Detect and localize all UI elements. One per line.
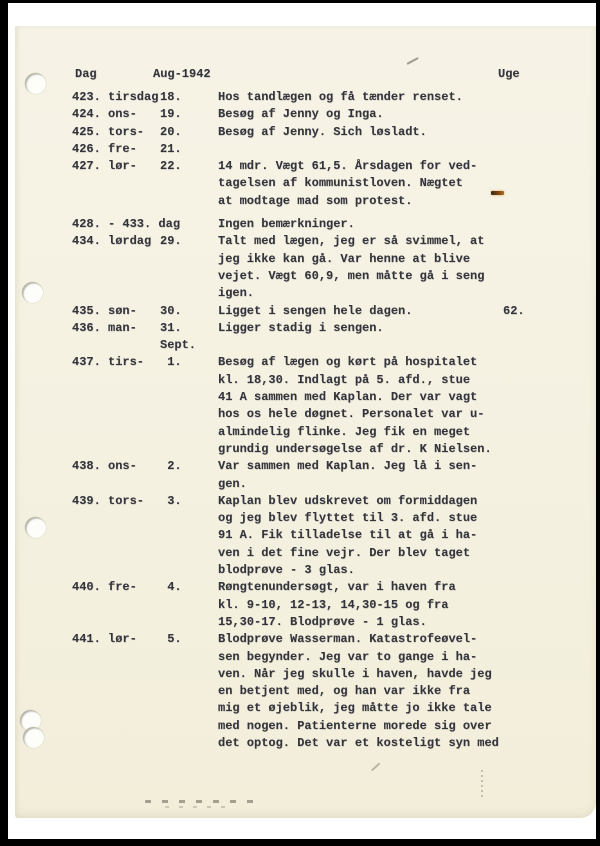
header-month-label: Aug-1942 — [153, 66, 211, 83]
entry-number-day: 437. tirs- — [72, 354, 160, 371]
entry-date: 21. — [160, 141, 218, 158]
smudge-mark — [165, 806, 233, 808]
scanned-diary-page: Dag Aug-1942 Uge 423. tirsdag 18. Hos ta… — [0, 0, 600, 846]
entry-number-day: 425. tors- — [72, 124, 160, 141]
entry-number-day: 436. man- — [72, 320, 160, 337]
entry-text: Ingen bemærkninger. — [218, 216, 503, 233]
entry-text: Besøg af lægen og kørt på hospitalet kl.… — [218, 354, 503, 458]
diary-entry: 436. man- 31. Ligger stadig i sengen. — [72, 320, 592, 337]
entry-text: Var sammen med Kaplan. Jeg lå i sen- gen… — [218, 458, 503, 493]
diary-entry: 434. lørdag 29. Talt med lægen, jeg er s… — [72, 233, 592, 302]
entry-date: 2. — [160, 458, 218, 475]
entry-week-number: 62. — [503, 303, 525, 320]
entry-date: 29. — [160, 233, 218, 250]
punch-hole — [22, 282, 43, 303]
table-header: Dag Aug-1942 Uge — [72, 66, 592, 83]
entry-month-label: Sept. — [160, 337, 218, 354]
entry-number-day: 426. fre- — [72, 141, 160, 158]
entry-text: Besøg af Jenny. Sich løsladt. — [218, 124, 503, 141]
entry-number-day: 440. fre- — [72, 579, 160, 596]
diary-entry: 437. tirs- 1. Besøg af lægen og kørt på … — [72, 354, 592, 458]
entry-date: 20. — [160, 124, 218, 141]
pencil-tick-mark — [371, 763, 380, 771]
diary-entry: 435. søn- 30. Ligget i sengen hele dagen… — [72, 303, 592, 320]
entry-text: Røngtenundersøgt, var i haven fra kl. 9-… — [218, 579, 503, 631]
smudge-mark — [145, 800, 257, 803]
entry-text: 14 mdr. Vægt 61,5. Årsdagen for ved- tag… — [218, 158, 503, 210]
entry-text: Ligget i sengen hele dagen. — [218, 303, 503, 320]
entry-text: Blodprøve Wasserman. Katastrofeøvel- sen… — [218, 631, 503, 752]
entry-date: 30. — [160, 303, 218, 320]
header-day-column-label: Dag — [75, 66, 97, 83]
diary-entry: 428. - 433. dag Ingen bemærkninger. — [72, 216, 592, 233]
diary-entry: 439. tors- 3. Kaplan blev udskrevet om f… — [72, 493, 592, 579]
diary-entry-month-divider: Sept. — [72, 337, 592, 354]
entry-number-day: 438. ons- — [72, 458, 160, 475]
punch-hole — [25, 73, 46, 94]
entry-text: Kaplan blev udskrevet om formiddagen og … — [218, 493, 503, 579]
diary-entry: 426. fre- 21. — [72, 141, 592, 158]
entry-date: 22. — [160, 158, 218, 175]
entry-number-day: 427. lør- — [72, 158, 160, 175]
entry-date: 4. — [160, 579, 218, 596]
entry-text: Besøg af Jenny og Inga. — [218, 106, 503, 123]
entry-text: Talt med lægen, jeg er så svimmel, at je… — [218, 233, 503, 302]
punch-hole — [23, 727, 44, 748]
entry-date: 18. — [160, 89, 218, 106]
entry-date: 31. — [160, 320, 218, 337]
typewritten-content: Dag Aug-1942 Uge 423. tirsdag 18. Hos ta… — [72, 66, 592, 752]
diary-entry: 441. lør- 5. Blodprøve Wasserman. Katast… — [72, 631, 592, 752]
diary-entry: 438. ons- 2. Var sammen med Kaplan. Jeg … — [72, 458, 592, 493]
punch-hole — [25, 517, 46, 538]
entry-number-day: 439. tors- — [72, 493, 160, 510]
entry-number-day: 428. - 433. dag — [72, 216, 160, 233]
entry-number-day: 434. lørdag — [72, 233, 160, 250]
entry-number-day: 435. søn- — [72, 303, 160, 320]
entry-date: 3. — [160, 493, 218, 510]
paper: Dag Aug-1942 Uge 423. tirsdag 18. Hos ta… — [15, 26, 596, 818]
entry-text: Hos tandlægen og få tænder renset. — [218, 89, 503, 106]
entry-date: 1. — [160, 354, 218, 371]
entry-text: Ligger stadig i sengen. — [218, 320, 503, 337]
entry-date: 19. — [160, 106, 218, 123]
diary-entry: 425. tors- 20. Besøg af Jenny. Sich løsl… — [72, 124, 592, 141]
diary-entry: 427. lør- 22. 14 mdr. Vægt 61,5. Årsdage… — [72, 158, 592, 210]
entry-number-day: 423. tirsdag — [72, 89, 160, 106]
header-week-column-label: Uge — [498, 66, 520, 83]
entry-date: 5. — [160, 631, 218, 648]
diary-entry: 424. ons- 19. Besøg af Jenny og Inga. — [72, 106, 592, 123]
diary-entry: 423. tirsdag 18. Hos tandlægen og få tæn… — [72, 89, 592, 106]
smudge-mark — [481, 770, 483, 800]
entry-number-day: 441. lør- — [72, 631, 160, 648]
pencil-tick-mark — [406, 57, 418, 65]
diary-entry: 440. fre- 4. Røngtenundersøgt, var i hav… — [72, 579, 592, 631]
entry-number-day: 424. ons- — [72, 106, 160, 123]
